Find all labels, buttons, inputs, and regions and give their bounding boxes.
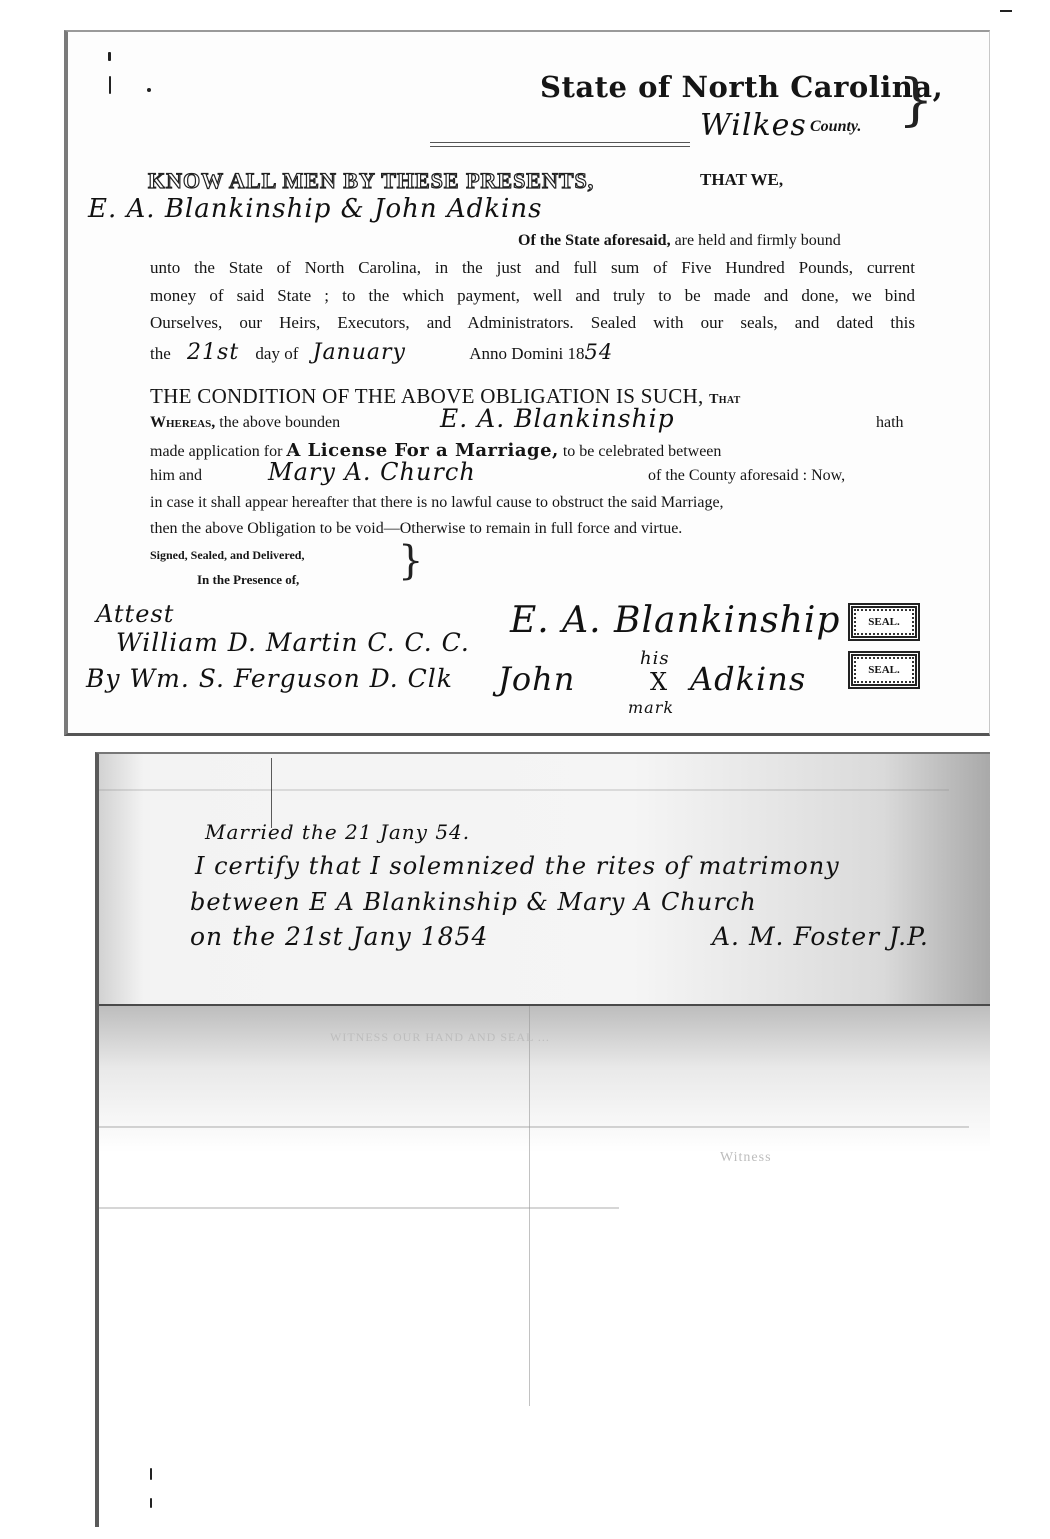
- presence-label: In the Presence of,: [197, 572, 299, 588]
- ink-speck: [147, 88, 151, 92]
- bride-handwritten: Mary A. Church: [268, 458, 476, 486]
- date-the: the: [150, 344, 171, 363]
- ink-speck: [108, 52, 111, 61]
- celebrated-text: to be celebrated between: [563, 443, 722, 460]
- body-line-3: Ourselves, our Heirs, Executors, and Adm…: [150, 313, 915, 333]
- bounden-text: the above bounden: [219, 414, 340, 431]
- signature-mark-x: X: [650, 668, 668, 696]
- witness-deputy: By Wm. S. Ferguson D. Clk: [86, 664, 453, 693]
- whereas-label: Whereas,: [150, 414, 215, 431]
- ink-speck: [109, 76, 111, 94]
- brace-icon: }: [398, 538, 423, 584]
- fold-crease: [99, 1126, 969, 1128]
- witness-attest: Attest: [96, 600, 174, 628]
- of-state-line: Of the State aforesaid, are held and fir…: [518, 232, 841, 250]
- condition-line-void: then the above Obligation to be void—Oth…: [150, 520, 682, 538]
- seal-stamp-1: SEAL.: [848, 603, 920, 641]
- groom-handwritten: E. A. Blankinship: [440, 404, 675, 433]
- rule-divider: [430, 142, 690, 147]
- seal-stamp-2: SEAL.: [848, 651, 920, 689]
- signature-mark-label: mark: [628, 698, 674, 717]
- day-handwritten: 21st: [187, 340, 239, 365]
- witness-clerk: William D. Martin C. C. C.: [116, 628, 470, 657]
- signature-bondsman-first: John: [498, 660, 575, 698]
- faint-print-line: WITNESS OUR HAND AND SEAL ...: [330, 1030, 550, 1045]
- fold-crease-vertical: [529, 1006, 530, 1406]
- county-label: County.: [810, 118, 861, 136]
- endorsement-line-3: between E A Blankinship & Mary A Church: [190, 888, 757, 916]
- seal-label: SEAL.: [865, 664, 903, 676]
- anno-domini: Anno Domini 18: [469, 344, 584, 363]
- tear-line: [271, 758, 272, 828]
- brace-icon: }: [898, 68, 934, 133]
- date-line: the 21st day of January Anno Domini 1854: [150, 340, 613, 365]
- made-application: made application for: [150, 443, 282, 460]
- faint-rule: [99, 789, 949, 791]
- body-line-2: money of said State ; to the which payme…: [150, 286, 915, 306]
- endorsement-line-1: Married the 21 Jany 54.: [205, 820, 470, 844]
- county-aforesaid: of the County aforesaid : Now,: [648, 467, 845, 485]
- ink-speck: [150, 1498, 152, 1508]
- endorsement-date: on the 21st Jany 1854: [190, 922, 488, 951]
- year-handwritten: 54: [585, 340, 614, 364]
- body-line-1: unto the State of North Carolina, in the…: [150, 258, 915, 278]
- ink-speck: [1000, 10, 1012, 12]
- him-and-label: him and: [150, 467, 202, 485]
- state-title: State of North Carolina,: [540, 70, 943, 104]
- endorsement-flap: [99, 754, 990, 1006]
- signed-sealed-label: Signed, Sealed, and Delivered,: [150, 548, 304, 563]
- condition-line-case: in case it shall appear hereafter that t…: [150, 494, 724, 512]
- month-handwritten: January: [313, 340, 406, 365]
- date-day-of: day of: [255, 344, 298, 363]
- county-handwritten: Wilkes: [700, 108, 807, 143]
- signature-groom: E. A. Blankinship: [510, 600, 840, 641]
- signature-his: his: [640, 648, 670, 669]
- lower-sheet-body: [99, 1006, 990, 1529]
- preamble-heading: KNOW ALL MEN BY THESE PRESENTS,: [148, 168, 594, 194]
- of-state-rest: are held and firmly bound: [671, 232, 841, 249]
- faint-print-witness: Witness: [720, 1150, 772, 1166]
- seal-label: SEAL.: [865, 616, 903, 628]
- endorsement-line-2: I certify that I solemnized the rites of…: [195, 852, 840, 880]
- fold-crease: [99, 1207, 619, 1209]
- of-state-bold: Of the State aforesaid,: [518, 232, 671, 249]
- bondsmen-handwritten: E. A. Blankinship & John Adkins: [88, 194, 542, 224]
- condition-that: That: [709, 392, 740, 407]
- endorsement-signature: A. M. Foster J.P.: [712, 922, 929, 951]
- signature-bondsman-last: Adkins: [690, 660, 806, 698]
- ink-speck: [150, 1468, 152, 1480]
- whereas-line: Whereas, the above bounden: [150, 414, 340, 432]
- that-we-label: THAT WE,: [700, 170, 783, 190]
- hath-label: hath: [876, 414, 904, 432]
